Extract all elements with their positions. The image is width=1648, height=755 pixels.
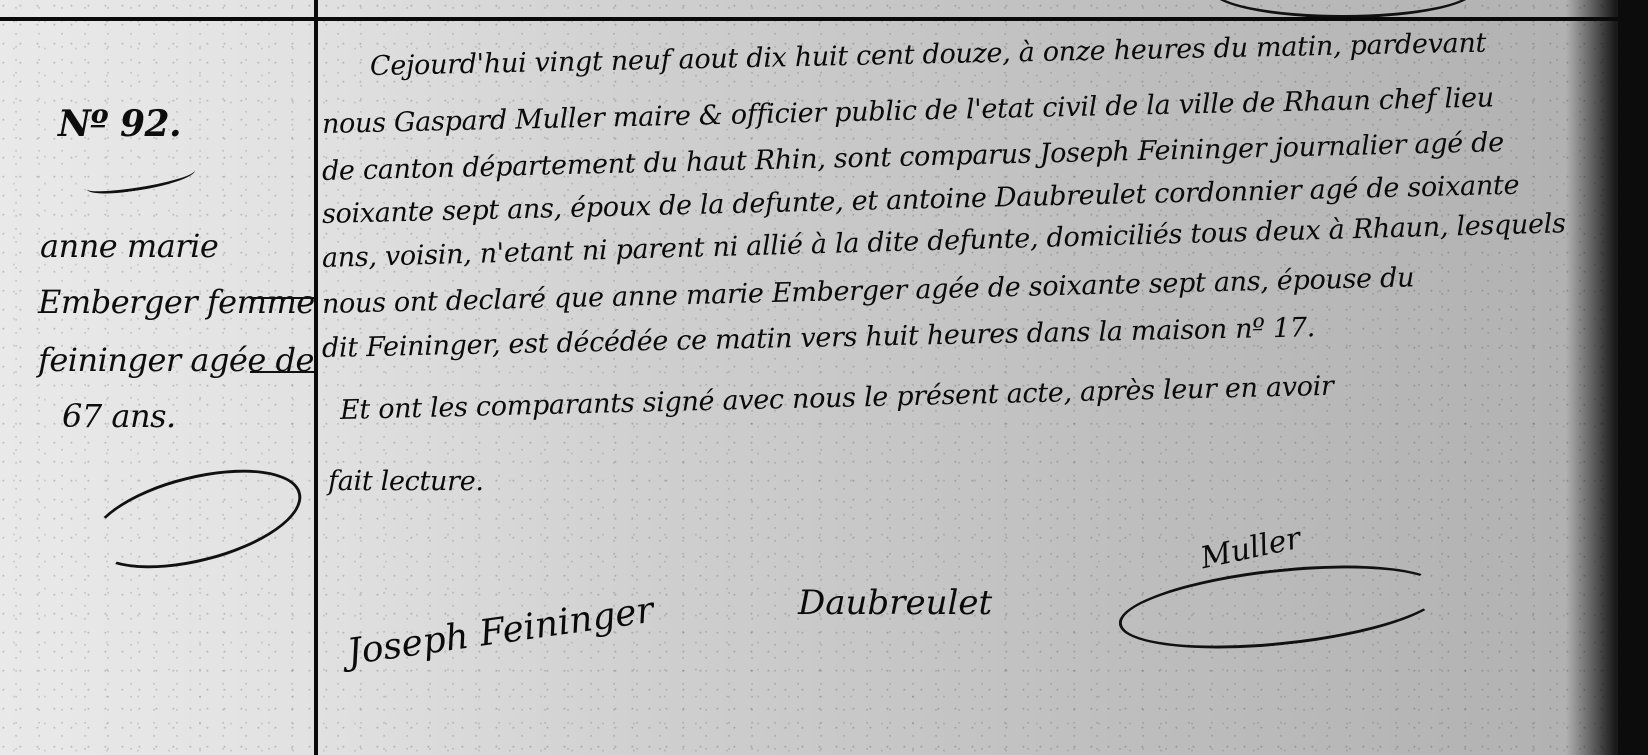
margin-tick [250, 371, 314, 373]
record-body: Cejourd'hui vingt neuf aout dix huit cen… [318, 21, 1618, 755]
entry-number-flourish [85, 161, 197, 197]
margin-name-line: feininger agée de [38, 341, 314, 379]
document-page: Nº 92. anne marie Emberger femme feining… [0, 0, 1648, 755]
margin-age-line: 67 ans. [62, 397, 176, 435]
signature-feininger: Joseph Feininger [345, 590, 657, 674]
margin-paraph-flourish [81, 451, 311, 587]
mayor-signature-flourish [1115, 552, 1447, 662]
signature-daubreulet: Daubreulet [798, 583, 992, 623]
margin-tick [250, 297, 314, 299]
scan-edge [1618, 0, 1648, 755]
record-line: Et ont les comparants signé avec nous le… [340, 371, 1334, 426]
entry-number: Nº 92. [58, 103, 181, 145]
record-line: Cejourd'hui vingt neuf aout dix huit cen… [370, 28, 1487, 82]
record-line: fait lecture. [328, 466, 484, 497]
record-line: nous ont declaré que anne marie Emberger… [322, 262, 1415, 320]
margin-column: Nº 92. anne marie Emberger femme feining… [0, 21, 314, 755]
margin-name-line: anne marie [40, 227, 218, 265]
record-line: dit Feininger, est décédée ce matin vers… [322, 312, 1316, 364]
margin-name-line: Emberger femme [38, 283, 315, 321]
